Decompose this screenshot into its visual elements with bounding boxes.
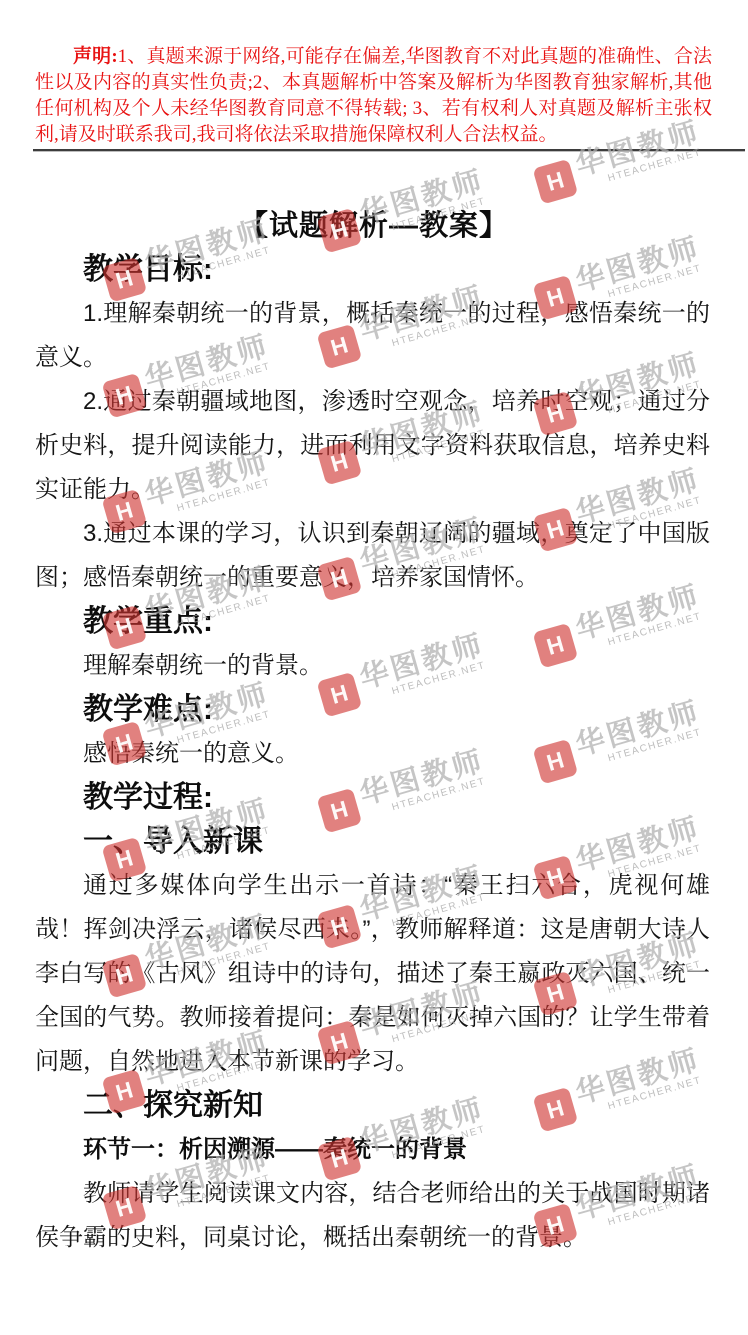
huatu-logo-letter: H xyxy=(544,168,566,195)
watermark-subtext: HTEACHER.NET xyxy=(581,146,707,192)
section-heading: 二、探究新知 xyxy=(35,1084,710,1128)
page-title: 【试题解析—教案】 xyxy=(0,204,748,248)
section-heading: 教学过程: xyxy=(35,776,710,820)
section-heading: 教学难点: xyxy=(35,688,710,732)
paragraph: 理解秦朝统一的背景。 xyxy=(35,644,710,688)
section-heading: 教学目标: xyxy=(35,248,710,292)
section-heading: 环节一：析因溯源——秦统一的背景 xyxy=(35,1128,710,1172)
document-body: 教学目标:1.理解秦朝统一的背景，概括秦统一的过程，感悟秦统一的意义。2.通过秦… xyxy=(35,248,710,1260)
paragraph: 感悟秦统一的意义。 xyxy=(35,732,710,776)
section-heading: 一、导入新课 xyxy=(35,820,710,864)
disclaimer: 声明:1、真题来源于网络,可能存在偏差,华图教育不对此真题的准确性、合法性以及内… xyxy=(35,0,712,148)
paragraph: 通过多媒体向学生出示一首诗：“秦王扫六合，虎视何雄哉！挥剑决浮云，诸侯尽西来。”… xyxy=(35,864,710,1084)
paragraph: 3.通过本课的学习，认识到秦朝辽阔的疆域，奠定了中国版图；感悟秦朝统一的重要意义… xyxy=(35,512,710,600)
disclaimer-prefix: 声明: xyxy=(73,46,118,67)
disclaimer-text: 1、真题来源于网络,可能存在偏差,华图教育不对此真题的准确性、合法性以及内容的真… xyxy=(35,46,712,145)
section-heading: 教学重点: xyxy=(35,600,710,644)
paragraph: 教师请学生阅读课文内容，结合老师给出的关于战国时期诸侯争霸的史料，同桌讨论，概括… xyxy=(35,1172,710,1260)
divider-rule xyxy=(33,149,745,152)
paragraph: 2.通过秦朝疆域地图，渗透时空观念，培养时空观；通过分析史料，提升阅读能力，进而… xyxy=(35,380,710,512)
huatu-logo-icon: H xyxy=(532,159,578,205)
document-page: 声明:1、真题来源于网络,可能存在偏差,华图教育不对此真题的准确性、合法性以及内… xyxy=(0,0,748,1335)
paragraph: 1.理解秦朝统一的背景，概括秦统一的过程，感悟秦统一的意义。 xyxy=(35,292,710,380)
